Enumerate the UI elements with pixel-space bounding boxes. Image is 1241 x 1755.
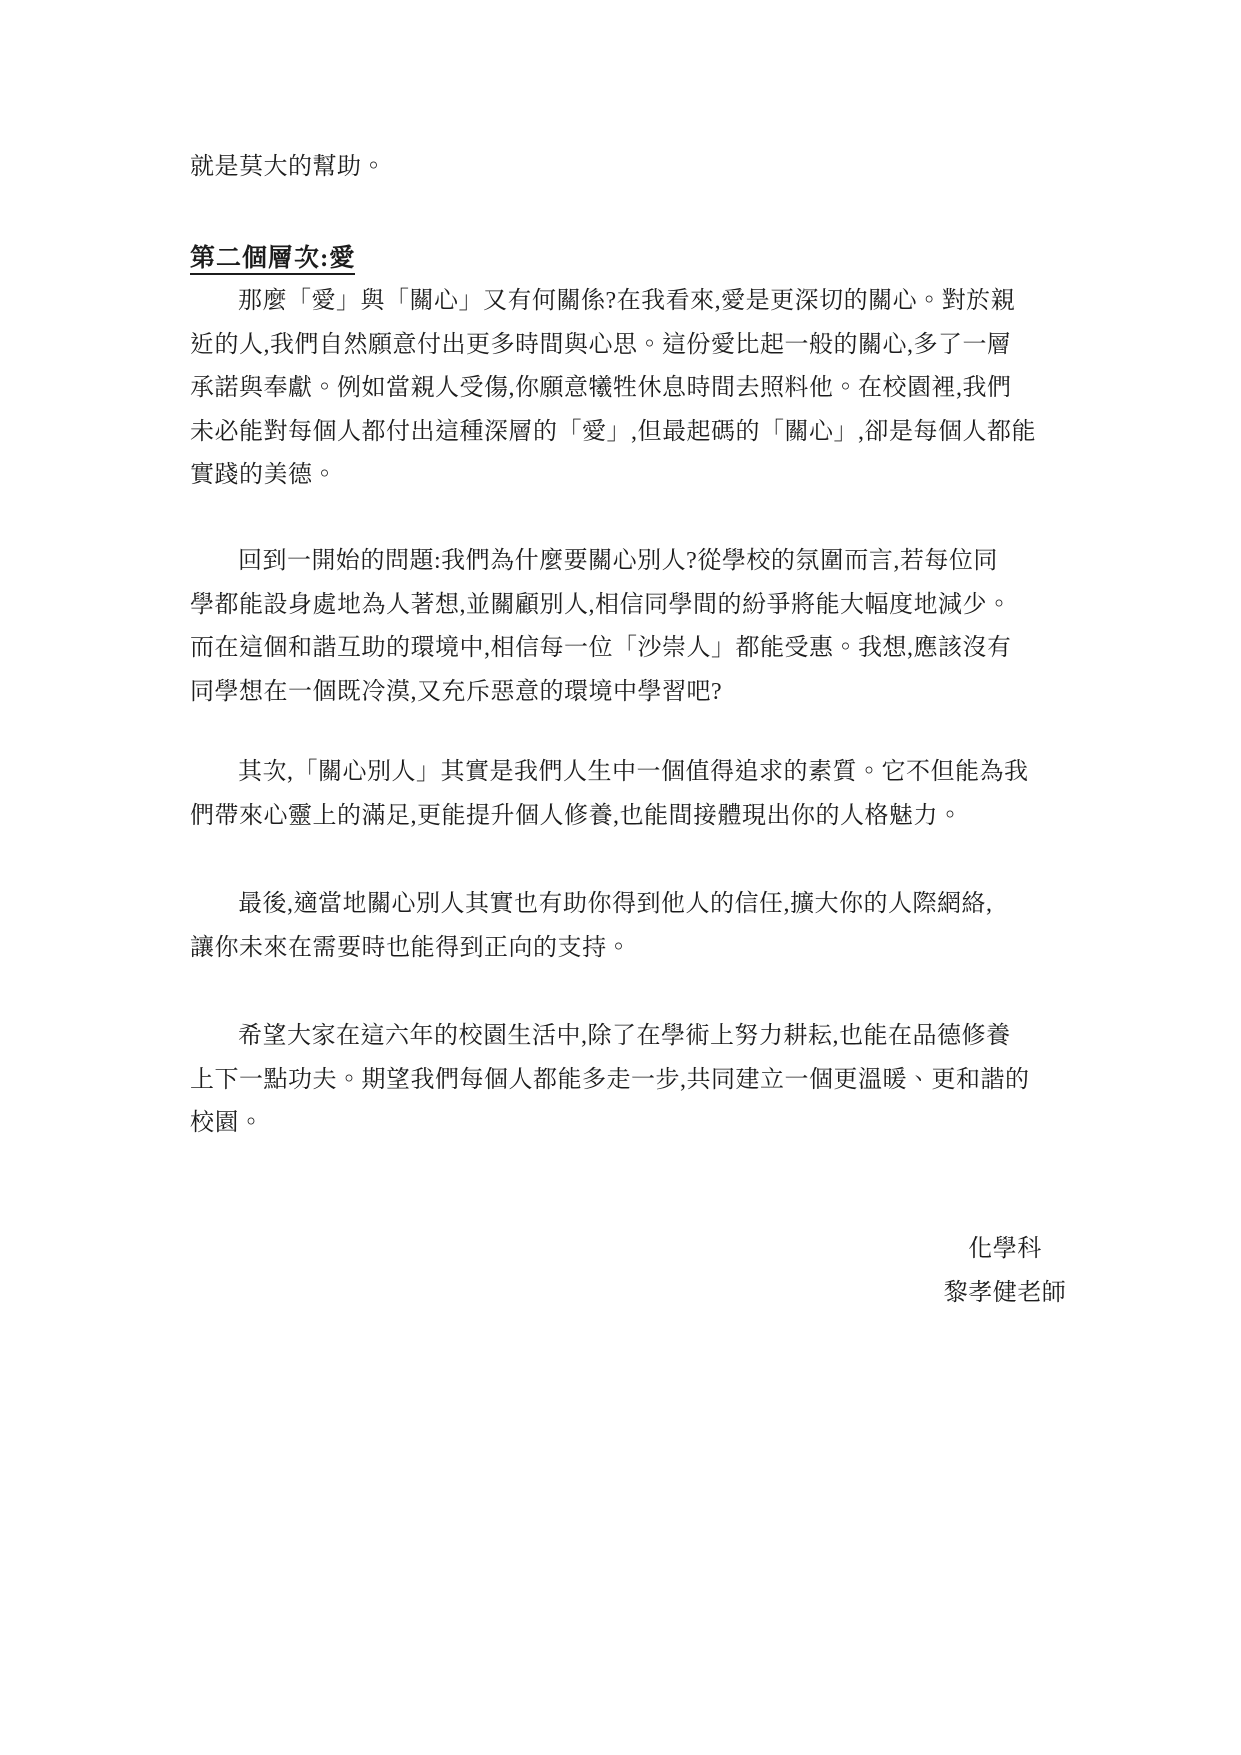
signature-block: 化學科 黎孝健老師: [855, 1228, 1155, 1315]
text-line: 校園。: [190, 1102, 1060, 1146]
text-line: 上下一點功夫。期望我們每個人都能多走一步,共同建立一個更溫暖、更和諧的: [190, 1059, 1060, 1103]
text-line: 讓你未來在需要時也能得到正向的支持。: [190, 927, 1060, 971]
text-line: 那麼「愛」與「關心」又有何關係?在我看來,愛是更深切的關心。對於親: [190, 280, 1060, 324]
paragraph-love-definition: 那麼「愛」與「關心」又有何關係?在我看來,愛是更深切的關心。對於親近的人,我們自…: [190, 280, 1060, 498]
signature-name: 黎孝健老師: [855, 1272, 1155, 1316]
text-line: 未必能對每個人都付出這種深層的「愛」,但最起碼的「關心」,卻是每個人都能: [190, 411, 1060, 455]
paragraph-why-care: 回到一開始的問題:我們為什麼要關心別人?從學校的氛圍而言,若每位同學都能設身處地…: [190, 540, 1060, 714]
text-line: 希望大家在這六年的校園生活中,除了在學術上努力耕耘,也能在品德修養: [190, 1015, 1060, 1059]
paragraph-closing-hope: 希望大家在這六年的校園生活中,除了在學術上努力耕耘,也能在品德修養上下一點功夫。…: [190, 1015, 1060, 1146]
text-line: 而在這個和諧互助的環境中,相信每一位「沙崇人」都能受惠。我想,應該沒有: [190, 627, 1060, 671]
text-line: 實踐的美德。: [190, 454, 1060, 498]
paragraph-continuation-line: 就是莫大的幫助。: [190, 146, 1060, 190]
section-heading-text: 第二個層次:愛: [190, 245, 355, 275]
text-line: 們帶來心靈上的滿足,更能提升個人修養,也能間接體現出你的人格魅力。: [190, 795, 1060, 839]
document-page: 就是莫大的幫助。 第二個層次:愛 那麼「愛」與「關心」又有何關係?在我看來,愛是…: [0, 0, 1241, 1755]
text-line: 承諾與奉獻。例如當親人受傷,你願意犧牲休息時間去照料他。在校園裡,我們: [190, 367, 1060, 411]
section-heading: 第二個層次:愛: [190, 237, 355, 281]
text-line: 學都能設身處地為人著想,並關顧別人,相信同學間的紛爭將能大幅度地減少。: [190, 584, 1060, 628]
text-line: 其次,「關心別人」其實是我們人生中一個值得追求的素質。它不但能為我: [190, 751, 1060, 795]
signature-department: 化學科: [855, 1228, 1155, 1272]
text-line: 同學想在一個既冷漠,又充斥惡意的環境中學習吧?: [190, 671, 1060, 715]
paragraph-trust-network: 最後,適當地關心別人其實也有助你得到他人的信任,擴大你的人際網絡,讓你未來在需要…: [190, 883, 1060, 970]
text-line: 回到一開始的問題:我們為什麼要關心別人?從學校的氛圍而言,若每位同: [190, 540, 1060, 584]
paragraph-quality-worth-pursuing: 其次,「關心別人」其實是我們人生中一個值得追求的素質。它不但能為我們帶來心靈上的…: [190, 751, 1060, 838]
text-line: 最後,適當地關心別人其實也有助你得到他人的信任,擴大你的人際網絡,: [190, 883, 1060, 927]
text-line: 近的人,我們自然願意付出更多時間與心思。這份愛比起一般的關心,多了一層: [190, 324, 1060, 368]
